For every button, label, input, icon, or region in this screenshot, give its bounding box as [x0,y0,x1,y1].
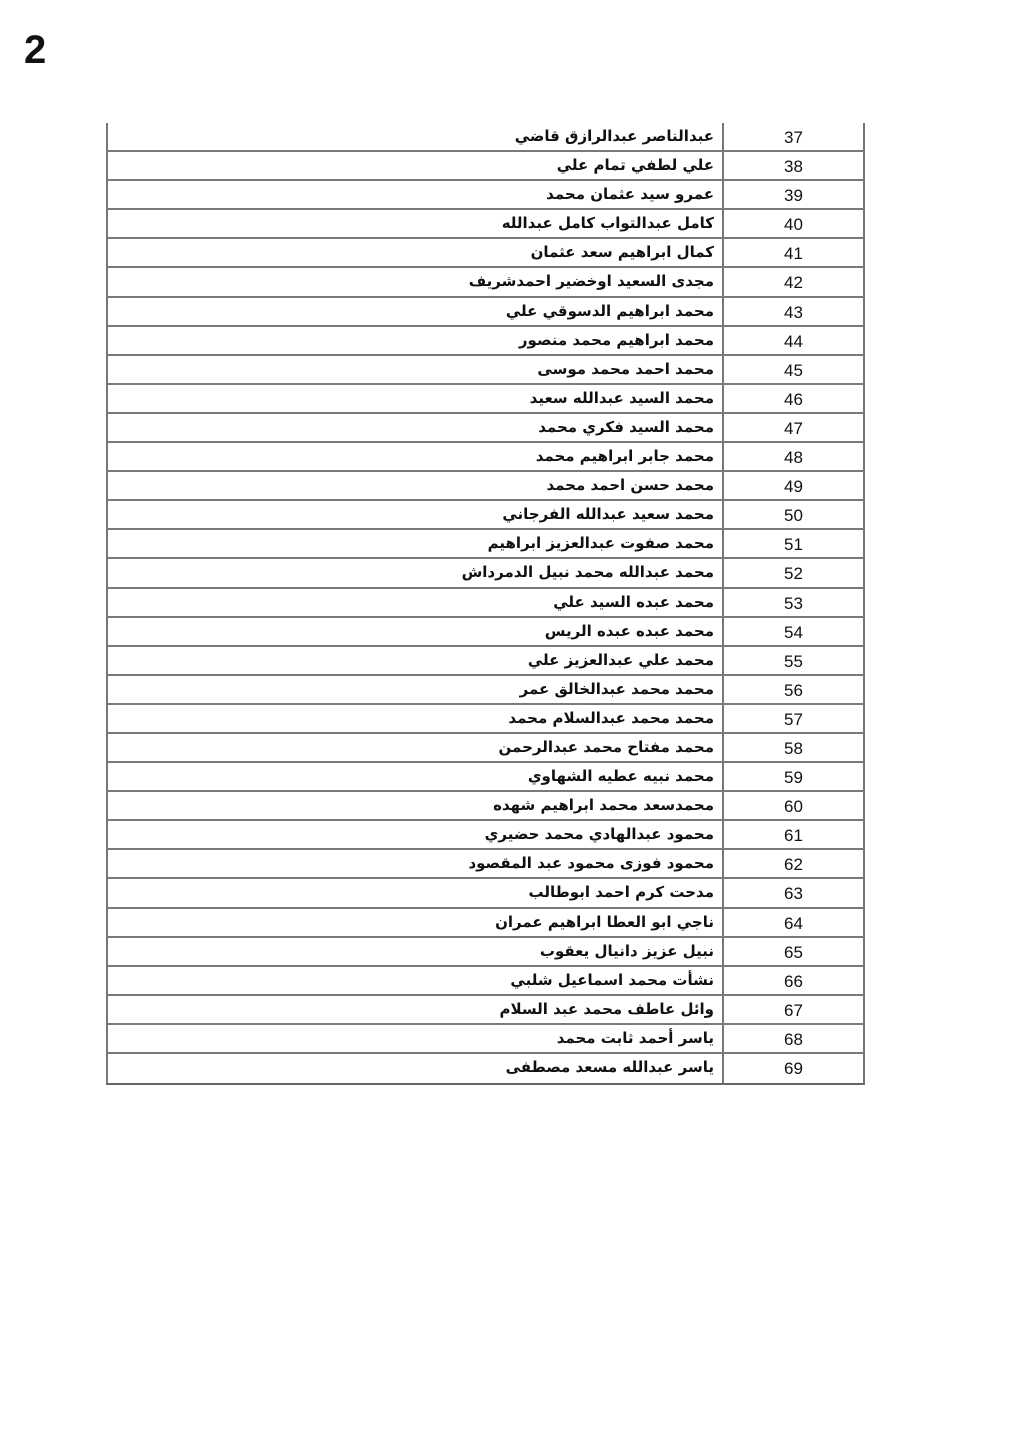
name-cell: محمد علي عبدالعزيز علي [108,647,724,674]
number-cell: 62 [724,850,863,877]
table-row: محمد محمد عبدالسلام محمد57 [108,705,863,734]
number-cell: 47 [724,414,863,441]
table-row: محمود فوزى محمود عبد المقصود62 [108,850,863,879]
number-cell: 40 [724,210,863,237]
name-cell: محمود فوزى محمود عبد المقصود [108,850,724,877]
table-row: محمود عبدالهادي محمد حضيري61 [108,821,863,850]
table-row: محمد مفتاح محمد عبدالرحمن58 [108,734,863,763]
name-cell: محمد عبدالله محمد نبيل الدمرداش [108,559,724,586]
name-cell: نشأت محمد اسماعيل شلبي [108,967,724,994]
name-cell: ناجي ابو العطا ابراهيم عمران [108,909,724,936]
name-cell: عبدالناصر عبدالرازق قاضي [108,123,724,150]
number-cell: 50 [724,501,863,528]
table-row: محمدسعد محمد ابراهيم شهده60 [108,792,863,821]
number-cell: 57 [724,705,863,732]
table-row: محمد صفوت عبدالعزيز ابراهيم51 [108,530,863,559]
name-cell: كامل عبدالتواب كامل عبدالله [108,210,724,237]
number-cell: 65 [724,938,863,965]
page-number: 2 [24,26,46,74]
table-row: محمد عبده عبده الريس54 [108,618,863,647]
name-cell: محمد احمد محمد موسى [108,356,724,383]
table-row: مجدى السعيد اوخضير احمدشريف42 [108,268,863,297]
name-cell: محمد ابراهيم الدسوقي علي [108,298,724,325]
number-cell: 58 [724,734,863,761]
name-cell: وائل عاطف محمد عبد السلام [108,996,724,1023]
number-cell: 49 [724,472,863,499]
number-cell: 46 [724,385,863,412]
number-cell: 67 [724,996,863,1023]
table-row: محمد السيد عبدالله سعيد46 [108,385,863,414]
name-cell: محمد عبده عبده الريس [108,618,724,645]
table-row: كامل عبدالتواب كامل عبدالله40 [108,210,863,239]
number-cell: 68 [724,1025,863,1052]
table-row: عبدالناصر عبدالرازق قاضي37 [108,123,863,152]
table-row: وائل عاطف محمد عبد السلام67 [108,996,863,1025]
number-cell: 41 [724,239,863,266]
table-row: مدحت كرم احمد ابوطالب63 [108,879,863,908]
name-cell: محمد ابراهيم محمد منصور [108,327,724,354]
number-cell: 42 [724,268,863,295]
name-cell: عمرو سيد عثمان محمد [108,181,724,208]
table-row: محمد احمد محمد موسى45 [108,356,863,385]
table-row: محمد السيد فكري محمد47 [108,414,863,443]
name-cell: محمد نبيه عطيه الشهاوي [108,763,724,790]
number-cell: 69 [724,1054,863,1083]
number-cell: 38 [724,152,863,179]
number-cell: 43 [724,298,863,325]
table-row: محمد سعيد عبدالله الفرجاني50 [108,501,863,530]
table-row: ياسر عبدالله مسعد مصطفى69 [108,1054,863,1083]
number-cell: 60 [724,792,863,819]
table-row: كمال ابراهيم سعد عثمان41 [108,239,863,268]
table-row: محمد علي عبدالعزيز علي55 [108,647,863,676]
name-cell: نبيل عزيز دانيال يعقوب [108,938,724,965]
name-cell: محمد محمد عبدالسلام محمد [108,705,724,732]
number-cell: 59 [724,763,863,790]
number-cell: 48 [724,443,863,470]
name-cell: مدحت كرم احمد ابوطالب [108,879,724,906]
table-row: ناجي ابو العطا ابراهيم عمران64 [108,909,863,938]
name-cell: محمد سعيد عبدالله الفرجاني [108,501,724,528]
table-row: نشأت محمد اسماعيل شلبي66 [108,967,863,996]
name-cell: محمدسعد محمد ابراهيم شهده [108,792,724,819]
name-cell: علي لطفي تمام علي [108,152,724,179]
table-row: ياسر أحمد ثابت محمد68 [108,1025,863,1054]
name-cell: مجدى السعيد اوخضير احمدشريف [108,268,724,295]
table-row: محمد حسن احمد محمد49 [108,472,863,501]
table-row: محمد عبده السيد علي53 [108,589,863,618]
number-cell: 56 [724,676,863,703]
number-cell: 61 [724,821,863,848]
name-cell: محمد مفتاح محمد عبدالرحمن [108,734,724,761]
name-cell: كمال ابراهيم سعد عثمان [108,239,724,266]
name-cell: محمد السيد فكري محمد [108,414,724,441]
number-cell: 64 [724,909,863,936]
name-cell: محمد محمد عبدالخالق عمر [108,676,724,703]
table-row: محمد ابراهيم الدسوقي علي43 [108,298,863,327]
number-cell: 66 [724,967,863,994]
number-cell: 55 [724,647,863,674]
table-row: عمرو سيد عثمان محمد39 [108,181,863,210]
names-table: عبدالناصر عبدالرازق قاضي37علي لطفي تمام … [106,123,865,1085]
number-cell: 54 [724,618,863,645]
table-row: نبيل عزيز دانيال يعقوب65 [108,938,863,967]
name-cell: محمد حسن احمد محمد [108,472,724,499]
number-cell: 63 [724,879,863,906]
number-cell: 39 [724,181,863,208]
name-cell: ياسر أحمد ثابت محمد [108,1025,724,1052]
table-row: علي لطفي تمام علي38 [108,152,863,181]
table-row: محمد نبيه عطيه الشهاوي59 [108,763,863,792]
number-cell: 37 [724,123,863,150]
table-row: محمد جابر ابراهيم محمد48 [108,443,863,472]
name-cell: محمد السيد عبدالله سعيد [108,385,724,412]
number-cell: 44 [724,327,863,354]
table-row: محمد عبدالله محمد نبيل الدمرداش52 [108,559,863,588]
name-cell: محمد صفوت عبدالعزيز ابراهيم [108,530,724,557]
table-row: محمد ابراهيم محمد منصور44 [108,327,863,356]
table-row: محمد محمد عبدالخالق عمر56 [108,676,863,705]
name-cell: محمد عبده السيد علي [108,589,724,616]
name-cell: محمد جابر ابراهيم محمد [108,443,724,470]
number-cell: 45 [724,356,863,383]
name-cell: محمود عبدالهادي محمد حضيري [108,821,724,848]
number-cell: 52 [724,559,863,586]
number-cell: 51 [724,530,863,557]
name-cell: ياسر عبدالله مسعد مصطفى [108,1054,724,1083]
number-cell: 53 [724,589,863,616]
